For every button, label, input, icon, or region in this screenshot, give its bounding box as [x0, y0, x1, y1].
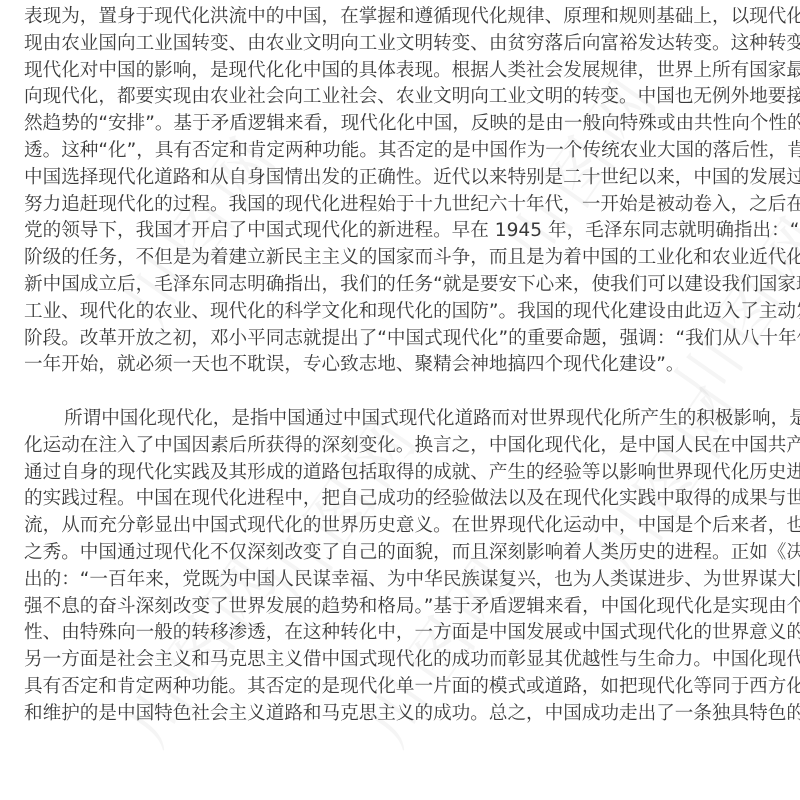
text-line: 努力追赶现代化的过程。我国的现代化进程始于十九世纪六十年代，一开始是被动卷入，之…	[24, 192, 778, 219]
text-line: 阶段。改革开放之初，邓小平同志就提出了“中国式现代化”的重要命题，强调：“我们从…	[24, 326, 778, 353]
paragraph-spacer	[24, 379, 778, 406]
text-line: 的实践过程。中国在现代化进程中，把自己成功的经验做法以及在现代化实践中取得的成果…	[24, 486, 778, 513]
text-line: 透。这种“化”，具有否定和肯定两种功能。其否定的是中国作为一个传统农业大国的落后…	[24, 138, 778, 165]
paragraph-2: 所谓中国化现代化，是指中国通过中国式现代化道路而对世界现代化所产生的积极影响，是…	[24, 406, 778, 728]
text-line: 向现代化，都要实现由农业社会向工业社会、农业文明向工业文明的转变。中国也无例外地…	[24, 84, 778, 111]
text-line: 流，从而充分彰显出中国式现代化的世界历史意义。在世界现代化运动中，中国是个后来者…	[24, 513, 778, 540]
text-line: 通过自身的现代化实践及其形成的道路包括取得的成就、产生的经验等以影响世界现代化历…	[24, 460, 778, 487]
text-line: 现代化对中国的影响，是现代化化中国的具体表现。根据人类社会发展规律，世界上所有国…	[24, 58, 778, 85]
text-line: 性、由特殊向一般的转移渗透，在这种转化中，一方面是中国发展或中国式现代化的世界意…	[24, 620, 778, 647]
text-line: 然趋势的“安排”。基于矛盾逻辑来看，现代化化中国，反映的是由一般向特殊或由共性向…	[24, 111, 778, 138]
text-line: 化运动在注入了中国因素后所获得的深刻变化。换言之，中国化现代化，是中国人民在中国…	[24, 433, 778, 460]
text-line: 之秀。中国通过现代化不仅深刻改变了自己的面貌，而且深刻影响着人类历史的进程。正如…	[24, 540, 778, 567]
text-line: 工业、现代化的农业、现代化的科学文化和现代化的国防”。我国的现代化建设由此迈入了…	[24, 299, 778, 326]
text-line: 阶级的任务，不但是为着建立新民主主义的国家而斗争，而且是为着中国的工业化和农业近…	[24, 245, 778, 272]
text-line: 一年开始，就必须一天也不耽误，专心致志地、聚精会神地搞四个现代化建设”。	[24, 352, 778, 379]
text-line: 出的：“一百年来，党既为中国人民谋幸福、为中华民族谋复兴，也为人类谋进步、为世界…	[24, 567, 778, 594]
text-line: 党的领导下，我国才开启了中国式现代化的新进程。早在 1945 年，毛泽东同志就明…	[24, 218, 778, 245]
document-body: 表现为，置身于现代化洪流中的中国，在掌握和遵循现代化规律、原理和规则基础上，以现…	[24, 4, 778, 728]
text-line: 强不息的奋斗深刻改变了世界发展的趋势和格局。”基于矛盾逻辑来看，中国化现代化是实…	[24, 594, 778, 621]
text-line: 和维护的是中国特色社会主义道路和马克思主义的成功。总之，中国成功走出了一条独具特…	[24, 701, 778, 728]
text-line: 表现为，置身于现代化洪流中的中国，在掌握和遵循现代化规律、原理和规则基础上，以现…	[24, 4, 778, 31]
text-line: 具有否定和肯定两种功能。其否定的是现代化单一片面的模式或道路，如把现代化等同于西…	[24, 674, 778, 701]
text-line: 另一方面是社会主义和马克思主义借中国式现代化的成功而彰显其优越性与生命力。中国化…	[24, 647, 778, 674]
paragraph-1: 表现为，置身于现代化洪流中的中国，在掌握和遵循现代化规律、原理和规则基础上，以现…	[24, 4, 778, 379]
text-line: 现由农业国向工业国转变、由农业文明向工业文明转变、由贫穷落后向富裕发达转变。这种…	[24, 31, 778, 58]
text-line: 所谓中国化现代化，是指中国通过中国式现代化道路而对世界现代化所产生的积极影响，是…	[24, 406, 778, 433]
text-line: 新中国成立后，毛泽东同志明确指出，我们的任务“就是要安下心来，使我们可以建设我们…	[24, 272, 778, 299]
text-line: 中国选择现代化道路和从自身国情出发的正确性。近代以来特别是二十世纪以来，中国的发…	[24, 165, 778, 192]
